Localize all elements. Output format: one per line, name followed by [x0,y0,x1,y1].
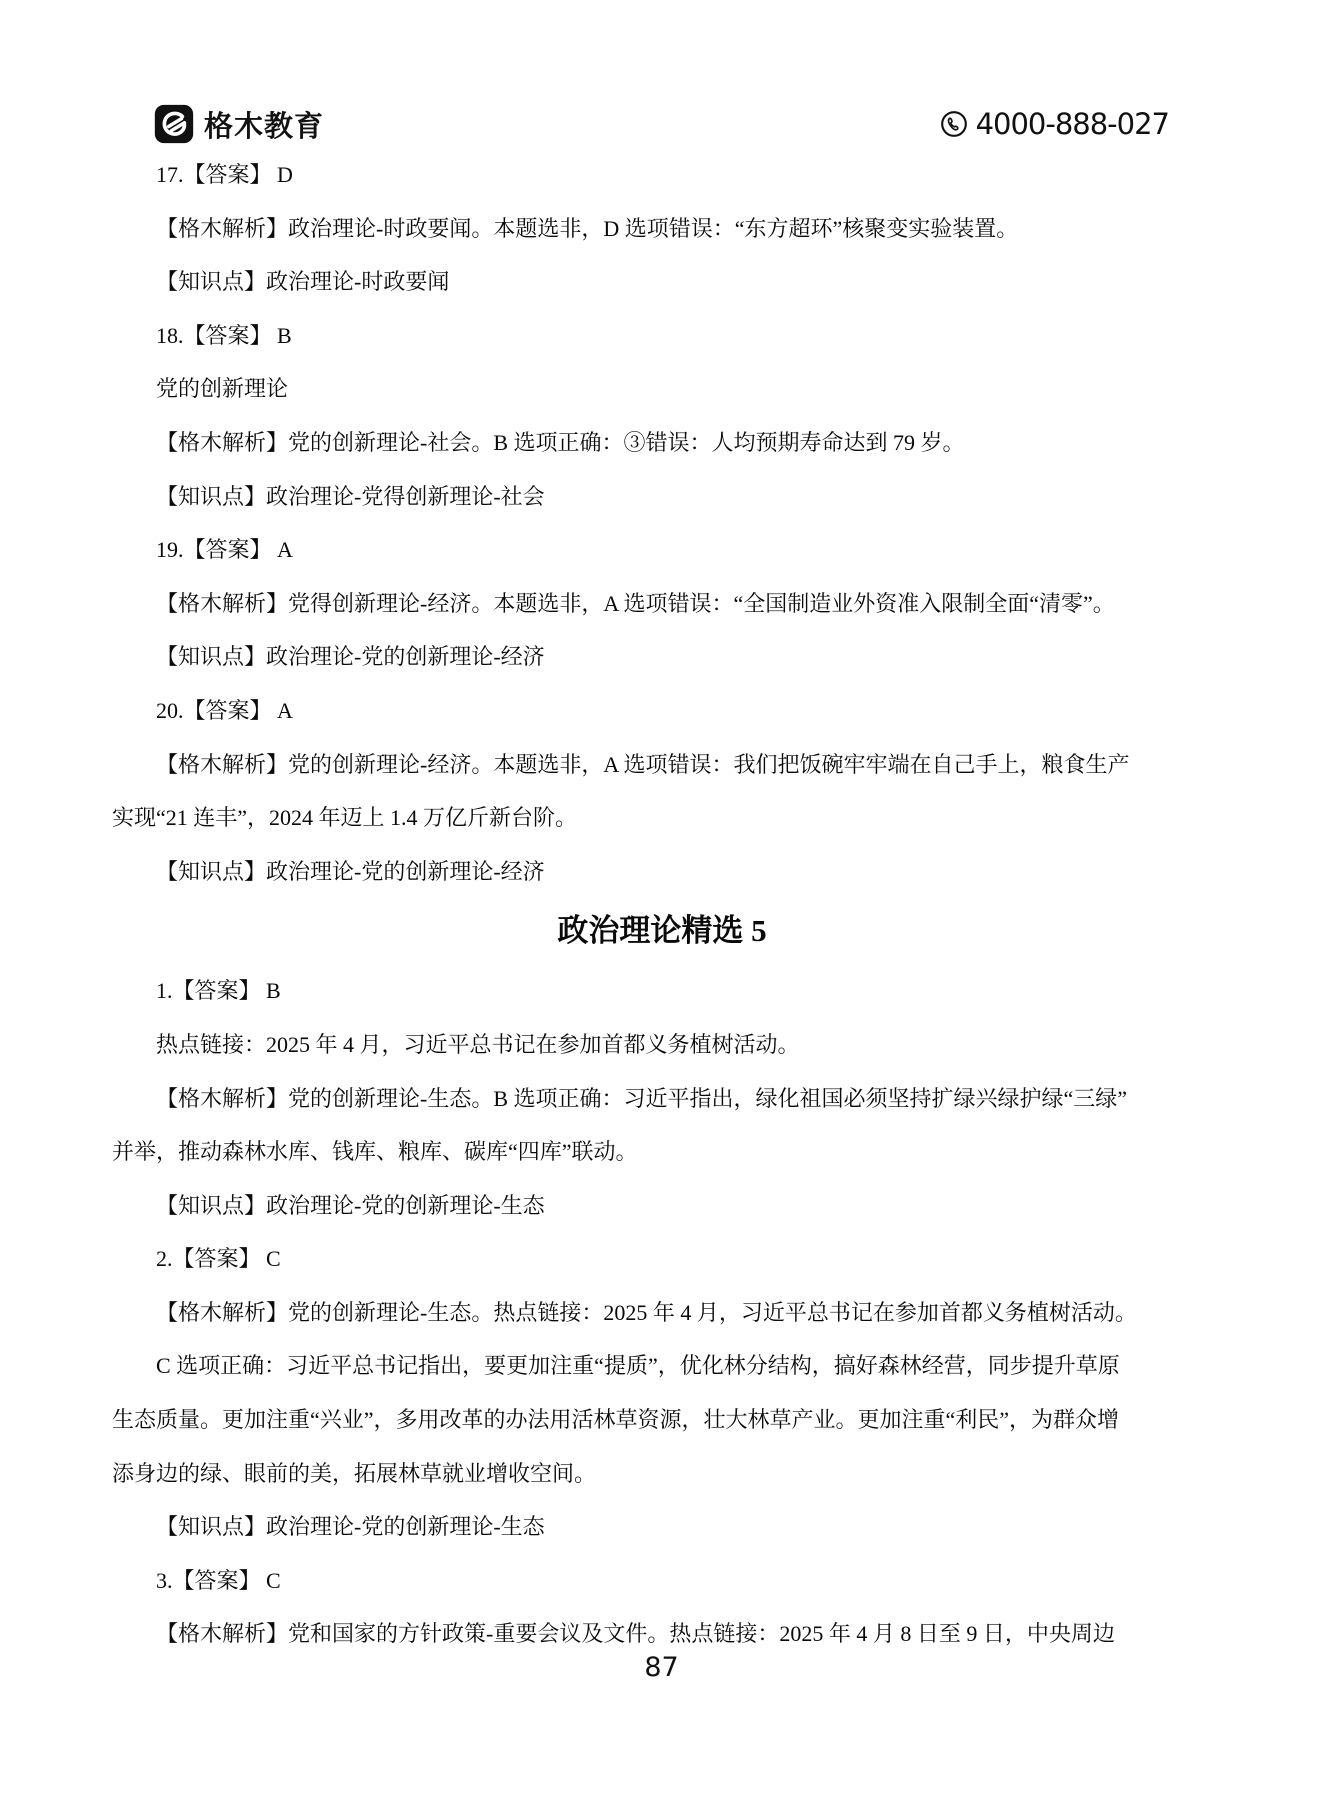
section-heading: 政治理论精选 5 [112,898,1212,964]
text-line: 【格木解析】党的创新理论-生态。热点链接：2025 年 4 月，习近平总书记在参… [112,1286,1212,1340]
text-line: 【格木解析】党得创新理论-经济。本题选非，A 选项错误：“全国制造业外资准入限制… [112,577,1212,631]
text-line: 添身边的绿、眼前的美，拓展林草就业增收空间。 [112,1447,1212,1501]
text-line: C 选项正确：习近平总书记指出，要更加注重“提质”，优化林分结构，搞好森林经营，… [112,1339,1212,1393]
text-line: 19.【答案】 A [112,523,1212,577]
text-line: 【知识点】政治理论-党的创新理论-生态 [112,1179,1212,1233]
document-page: 格木教育 4000-888-027 17.【答案】 D【格木解析】政治理论-时政… [0,0,1323,1795]
phone-contact: 4000-888-027 [940,107,1169,141]
text-line: 实现“21 连丰”，2024 年迈上 1.4 万亿斤新台阶。 [112,791,1212,845]
text-line: 2.【答案】 C [112,1232,1212,1286]
page-header: 格木教育 4000-888-027 [112,98,1211,150]
text-line: 生态质量。更加注重“兴业”，多用改革的办法用活林草资源，壮大林草产业。更加注重“… [112,1393,1212,1447]
brand-name: 格木教育 [204,104,324,145]
text-line: 【格木解析】党的创新理论-社会。B 选项正确：③错误：人均预期寿命达到 79 岁… [112,416,1212,470]
text-line: 【知识点】政治理论-党的创新理论-生态 [112,1500,1212,1554]
text-line: 【格木解析】党的创新理论-生态。B 选项正确：习近平指出，绿化祖国必须坚持扩绿兴… [112,1072,1212,1126]
page-number: 87 [0,1652,1323,1683]
text-line: 20.【答案】 A [112,684,1212,738]
text-line: 并举，推动森林水库、钱库、粮库、碳库“四库”联动。 [112,1125,1212,1179]
phone-icon [940,110,968,138]
text-line: 【格木解析】党的创新理论-经济。本题选非，A 选项错误：我们把饭碗牢牢端在自己手… [112,738,1212,792]
text-line: 3.【答案】 C [112,1554,1212,1608]
text-line: 【知识点】政治理论-党得创新理论-社会 [112,470,1212,524]
brand-logo: 格木教育 [154,104,324,145]
text-line: 党的创新理论 [112,362,1212,416]
text-line: 【知识点】政治理论-党的创新理论-经济 [112,630,1212,684]
text-line: 1.【答案】 B [112,964,1212,1018]
text-line: 17.【答案】 D [112,148,1212,202]
document-body: 17.【答案】 D【格木解析】政治理论-时政要闻。本题选非，D 选项错误：“东方… [112,148,1212,1661]
gemu-logo-icon [154,104,194,144]
text-line: 热点链接：2025 年 4 月，习近平总书记在参加首都义务植树活动。 [112,1018,1212,1072]
text-line: 【知识点】政治理论-时政要闻 [112,255,1212,309]
text-line: 【知识点】政治理论-党的创新理论-经济 [112,845,1212,899]
text-line: 【格木解析】政治理论-时政要闻。本题选非，D 选项错误：“东方超环”核聚变实验装… [112,202,1212,256]
text-line: 18.【答案】 B [112,309,1212,363]
phone-number: 4000-888-027 [976,107,1169,141]
